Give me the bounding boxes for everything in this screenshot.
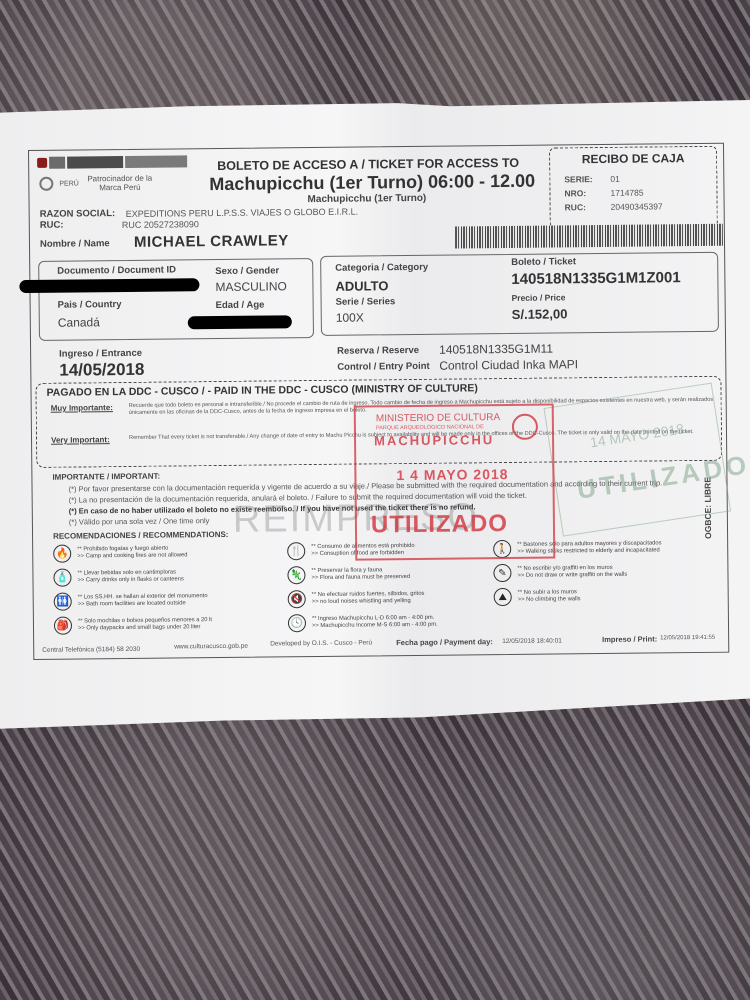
important-title: IMPORTANTE / IMPORTANT: xyxy=(52,472,160,482)
recommendation-item: ⛰ ** No subir a los muros>> No climbing … xyxy=(494,587,581,606)
ticket-main-title: Machupicchu (1er Turno) 06:00 - 12.00 xyxy=(209,171,535,195)
price-value: S/.152,00 xyxy=(512,306,568,322)
recommendation-item: ✎ ** No escribir y/o graffiti en los mur… xyxy=(493,563,627,582)
red-stamp-park: PARQUE ARQUEOLÓGICO NACIONAL DE xyxy=(376,424,484,431)
payment-value: 12/05/2018 18:40:01 xyxy=(502,637,562,645)
no-fire-icon: 🔥 xyxy=(53,545,71,563)
document-label: Documento / Document ID xyxy=(57,264,176,276)
receipt-box: RECIBO DE CAJA SERIE:01 NRO:1714785 RUC:… xyxy=(549,146,718,230)
developer-text: Developed by O.I.S. - Cusco - Perú xyxy=(270,639,372,647)
entrance-label: Ingreso / Entrance xyxy=(59,348,142,360)
entrance-date: 14/05/2018 xyxy=(59,360,144,381)
receipt-nro: NRO:1714785 xyxy=(564,188,643,199)
recommendation-item: 🎒 ** Solo mochilas o bolsos pequeños men… xyxy=(54,615,212,635)
lizard-icon: 🦎 xyxy=(287,566,305,584)
recommendation-item: 🚻 ** Los SS.HH. se hallan al exterior de… xyxy=(54,591,208,611)
peru-swirl-icon xyxy=(39,177,53,191)
backpack-icon: 🎒 xyxy=(54,617,72,635)
recommendation-en: >> Do not draw or write graffiti on the … xyxy=(517,572,627,581)
no-food-icon: 🍴 xyxy=(287,542,305,560)
payment-label: Fecha pago / Payment day: xyxy=(396,637,493,647)
name-label: Nombre / Name xyxy=(40,238,110,250)
nro-label: NRO: xyxy=(564,188,610,198)
bottle-icon: 🧴 xyxy=(53,569,71,587)
red-utilizado-stamp: MINISTERIO DE CULTURA PARQUE ARQUEOLÓGIC… xyxy=(354,404,556,561)
recommendation-item: 🦎 ** Preservar la flora y fauna>> Flora … xyxy=(287,565,410,584)
ruc-value: RUC 20527238090 xyxy=(122,219,199,230)
age-label: Edad / Age xyxy=(216,300,265,312)
phone-text: Central Telefónica (5184) 58 2030 xyxy=(42,646,140,654)
reserve-label: Reserva / Reserve xyxy=(337,345,419,357)
paid-title: PAGADO EN LA DDC - CUSCO / - PAID IN THE… xyxy=(46,382,477,399)
ticket-subtitle: Machupicchu (1er Turno) xyxy=(307,193,426,205)
no-noise-icon: 🔇 xyxy=(288,590,306,608)
important-item: (*) Válido por una sola vez / One time o… xyxy=(69,516,210,526)
recommendation-en: >> Only daypacks and small bags under 20… xyxy=(78,624,212,633)
recommendation-en: >> Flora and fauna must be preserved xyxy=(311,574,410,583)
muy-importante-label: Muy Importante: xyxy=(51,403,113,413)
recommendation-item: 🔇 ** No efectuar ruidos fuertes, silbido… xyxy=(288,589,425,608)
ministry-logo-segment xyxy=(67,156,123,169)
serie-label: SERIE: xyxy=(564,174,610,184)
receipt-ruc-value: 20490345397 xyxy=(611,201,663,212)
recommendation-en: >> Carry drinks only in flasks or cantee… xyxy=(77,576,183,585)
ticket-number-value: 140518N1335G1M1Z001 xyxy=(511,269,680,288)
green-utilizado-stamp: 14 MAYO 2018 UTILIZADO xyxy=(544,383,732,537)
recommendations-title: RECOMENDACIONES / RECOMMENDATIONS: xyxy=(53,530,229,541)
peru-logo-text: PERÚ xyxy=(59,180,79,187)
recommendation-en: >> Camp and cooking fires are not allowe… xyxy=(77,552,187,561)
government-logo-bar xyxy=(37,155,187,169)
gender-value: MASCULINO xyxy=(215,279,286,294)
recommendation-en: >> No climbing the walls xyxy=(518,596,581,604)
recommendation-en: >> Bath room facilities are located outs… xyxy=(78,600,208,609)
country-value: Canadá xyxy=(58,315,100,329)
gender-label: Sexo / Gender xyxy=(215,265,279,277)
receipt-serie: SERIE:01 xyxy=(564,174,620,185)
restroom-icon: 🚻 xyxy=(54,593,72,611)
barcode xyxy=(455,224,723,249)
ticket-details-box: Categoria / Category ADULTO Serie / Seri… xyxy=(320,252,719,336)
control-label: Control / Entry Point xyxy=(337,361,429,373)
ticket-number-label: Boleto / Ticket xyxy=(511,256,576,268)
shield-icon xyxy=(37,158,47,168)
reserve-value: 140518N1335G1M11 xyxy=(439,342,553,357)
sponsor-text: Patrocinador de la Marca Perú xyxy=(85,174,155,193)
recommendation-item: 🔥 ** Prohibido fogatas y fuego abierto>>… xyxy=(53,543,187,562)
razon-social-value: EXPEDITIONS PERU L.P.S.S. VIAJES O GLOBO… xyxy=(126,207,359,219)
control-value: Control Ciudad Inka MAPI xyxy=(439,357,578,372)
unesco-emblem-icon xyxy=(512,414,538,440)
receipt-ruc: RUC:20490345397 xyxy=(565,201,663,212)
green-stamp-date: 14 MAYO 2018 xyxy=(589,420,685,450)
redacted-document xyxy=(19,278,199,293)
ticket: PERÚ Patrocinador de la Marca Perú BOLET… xyxy=(28,143,729,660)
marca-peru-logo: PERÚ Patrocinador de la Marca Perú xyxy=(39,174,155,193)
website-link[interactable]: www.culturacusco.gob.pe xyxy=(174,643,248,651)
category-value: ADULTO xyxy=(335,278,388,294)
series-value: 100X xyxy=(336,310,364,324)
receipt-ruc-label: RUC: xyxy=(565,202,611,212)
series-label: Serie / Series xyxy=(336,296,396,308)
recommendation-item: 🧴 ** Llevar bebidas solo en cantimploras… xyxy=(53,567,184,586)
passenger-details-box: Documento / Document ID Sexo / Gender MA… xyxy=(38,258,314,341)
park-logo-segment xyxy=(125,155,187,168)
serie-value: 01 xyxy=(610,174,620,184)
name-value: MICHAEL CRAWLEY xyxy=(134,232,289,251)
nro-value: 1714785 xyxy=(610,188,643,198)
red-stamp-site: MACHUPICCHU xyxy=(374,432,494,448)
print-value: 12/05/2018 19:41:55 xyxy=(660,635,715,642)
very-important-label: Very Important: xyxy=(51,435,110,445)
print-label: Impreso / Print: xyxy=(602,634,657,644)
redacted-age xyxy=(188,315,292,329)
category-label: Categoria / Category xyxy=(335,262,428,274)
country-label: Pais / Country xyxy=(58,299,122,311)
no-graffiti-icon: ✎ xyxy=(493,564,511,582)
price-label: Precio / Price xyxy=(512,292,566,303)
peru-logo-segment xyxy=(49,157,65,169)
razon-social-label: RAZON SOCIAL: xyxy=(40,208,116,220)
ruc-label: RUC: xyxy=(40,220,64,231)
recommendation-en: >> Machupicchu Income M-S 6:00 am - 4:00… xyxy=(312,622,438,631)
clock-icon: 🕓 xyxy=(288,614,306,632)
red-stamp-date: 1 4 MAYO 2018 xyxy=(396,466,508,483)
green-stamp-status: UTILIZADO xyxy=(575,449,750,506)
receipt-title: RECIBO DE CAJA xyxy=(550,151,716,167)
no-climbing-icon: ⛰ xyxy=(494,588,512,606)
recommendation-item: 🕓 ** Ingreso Machupicchu L-D 6:00 am - 4… xyxy=(288,613,438,633)
red-stamp-status: UTILIZADO xyxy=(371,510,508,539)
recommendation-en: >> no loud noises whistling and yelling xyxy=(312,598,425,607)
red-stamp-ministry: MINISTERIO DE CULTURA xyxy=(376,412,500,424)
